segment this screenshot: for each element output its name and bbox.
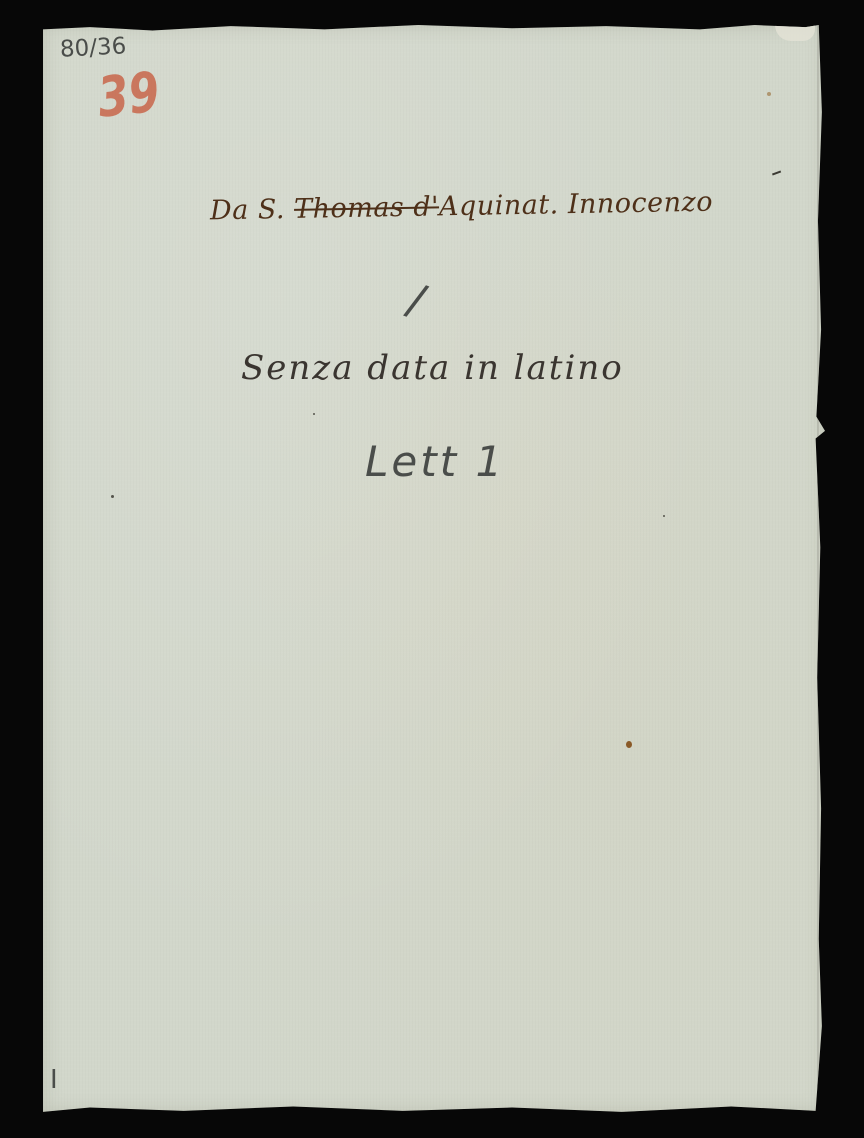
title-line: Da S. Thomas d'Aquinat. Innocenzo (210, 187, 713, 227)
separator-mark: / (401, 274, 432, 327)
letter-label: Lett 1 (365, 437, 505, 486)
dust-speck (111, 495, 114, 498)
scanned-document: 80/36 39 Da S. Thomas d'Aquinat. Innocen… (0, 0, 864, 1138)
date-line: Senza data in latino (241, 348, 624, 388)
folio-number: 39 (95, 61, 163, 131)
foxing-spot (767, 92, 771, 96)
title-part-1: Da S. (210, 194, 295, 226)
title-struck-text: Thomas d' (294, 191, 440, 225)
title-part-2: Aquinat. Innocenzo (439, 187, 713, 223)
stray-pen-mark (772, 171, 781, 175)
dust-speck (313, 413, 315, 415)
sheet-edge (817, 25, 819, 1113)
paper-sheet: 80/36 39 Da S. Thomas d'Aquinat. Innocen… (43, 25, 825, 1113)
sequence-mark: I (50, 1065, 58, 1095)
foxing-spot (626, 741, 632, 748)
dust-speck (663, 515, 665, 517)
torn-corner (775, 25, 815, 41)
archive-number: 80/36 (59, 33, 127, 62)
